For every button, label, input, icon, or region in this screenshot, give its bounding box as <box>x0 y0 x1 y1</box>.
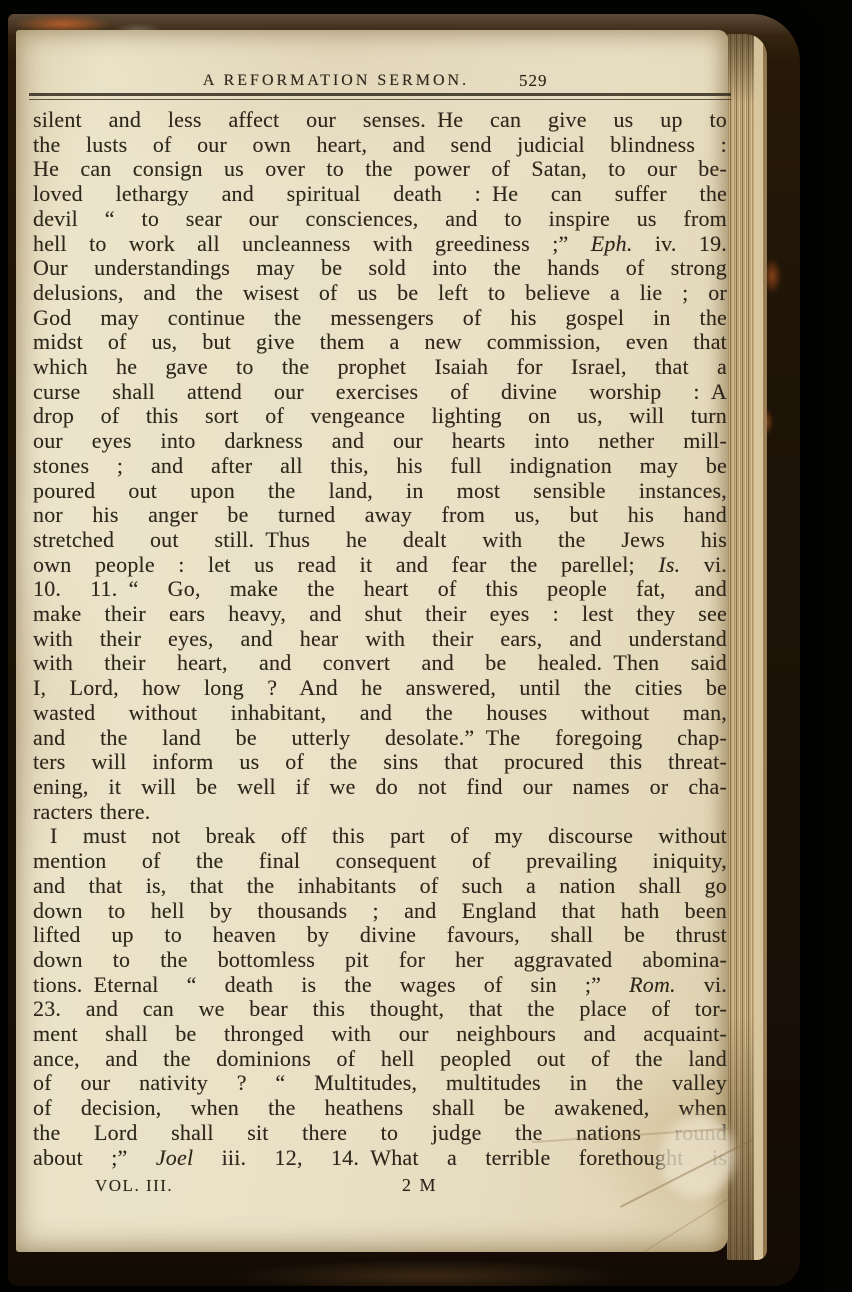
text-line: stretched out still. Thus he dealt with … <box>33 528 727 553</box>
text-line: silent and less affect our senses. He ca… <box>33 108 727 133</box>
text-line: midst of us, but give them a new commiss… <box>33 330 727 355</box>
text-line: I, Lord, how long ? And he answered, unt… <box>33 676 727 701</box>
text-line: which he gave to the prophet Isaiah for … <box>33 355 727 380</box>
text-line: ance, and the dominions of hell peopled … <box>33 1047 727 1072</box>
text-line: wasted without inhabitant, and the house… <box>33 701 727 726</box>
text-line: stones ; and after all this, his full in… <box>33 454 727 479</box>
text-line: 23. and can we bear this thought, that t… <box>33 997 727 1022</box>
text-line: nor his anger be turned away from us, bu… <box>33 503 727 528</box>
text-line: our eyes into darkness and our hearts in… <box>33 429 727 454</box>
text-line: loved lethargy and spiritual death : He … <box>33 182 727 207</box>
text-line: with their eyes, and hear with their ear… <box>33 627 727 652</box>
page-number: 529 <box>519 71 548 91</box>
text-line: the Lord shall sit there to judge the na… <box>33 1121 727 1146</box>
text-line: own people : let us read it and fear the… <box>33 553 727 578</box>
book-fore-edge-pages <box>727 34 767 1260</box>
text-line: ening, it will be well if we do not find… <box>33 775 727 800</box>
paragraph: silent and less affect our senses. He ca… <box>33 108 727 824</box>
text-line: delusions, and the wisest of us be left … <box>33 281 727 306</box>
text-line: down to hell by thousands ; and England … <box>33 899 727 924</box>
text-line: tions. Eternal “ death is the wages of s… <box>33 973 727 998</box>
header-double-rule <box>29 93 731 100</box>
text-line: God may continue the messengers of his g… <box>33 306 727 331</box>
text-line: lifted up to heaven by divine favours, s… <box>33 923 727 948</box>
text-line: He can consign us over to the power of S… <box>33 157 727 182</box>
book-scan-photo: A REFORMATION SERMON. 529 silent and les… <box>0 0 852 1292</box>
text-line: down to the bottomless pit for her aggra… <box>33 948 727 973</box>
text-line: racters there. <box>33 800 727 825</box>
page-paper: A REFORMATION SERMON. 529 silent and les… <box>16 30 728 1252</box>
text-line: the lusts of our own heart, and send jud… <box>33 133 727 158</box>
text-line: with their heart, and convert and be hea… <box>33 651 727 676</box>
text-line: of decision, when the heathens shall be … <box>33 1096 727 1121</box>
text-line: of our nativity ? “ Multitudes, multitud… <box>33 1071 727 1096</box>
text-line: make their ears heavy, and shut their ey… <box>33 602 727 627</box>
text-line: devil “ to sear our consciences, and to … <box>33 207 727 232</box>
text-line: ment shall be thronged with our neighbou… <box>33 1022 727 1047</box>
volume-label: VOL. III. <box>95 1176 173 1196</box>
text-line: mention of the final consequent of preva… <box>33 849 727 874</box>
text-line: ters will inform us of the sins that pro… <box>33 750 727 775</box>
text-line: drop of this sort of vengeance lighting … <box>33 404 727 429</box>
paragraph: I must not break off this part of my dis… <box>33 824 727 1170</box>
page-body: silent and less affect our senses. He ca… <box>33 108 727 1170</box>
text-line: curse shall attend our exercises of divi… <box>33 380 727 405</box>
text-line: about ;” Joel iii. 12, 14. What a terrib… <box>33 1146 727 1171</box>
text-line: and that is, that the inhabitants of suc… <box>33 874 727 899</box>
text-line: and the land be utterly desolate.” The f… <box>33 726 727 751</box>
text-line: 10. 11. “ Go, make the heart of this peo… <box>33 577 727 602</box>
signature-mark: 2 M <box>402 1175 438 1196</box>
text-line: hell to work all uncleanness with greedi… <box>33 232 727 257</box>
text-line: Our understandings may be sold into the … <box>33 256 727 281</box>
running-header-title: A REFORMATION SERMON. <box>174 72 498 90</box>
text-line: poured out upon the land, in most sensib… <box>33 479 727 504</box>
text-line: I must not break off this part of my dis… <box>33 824 727 849</box>
